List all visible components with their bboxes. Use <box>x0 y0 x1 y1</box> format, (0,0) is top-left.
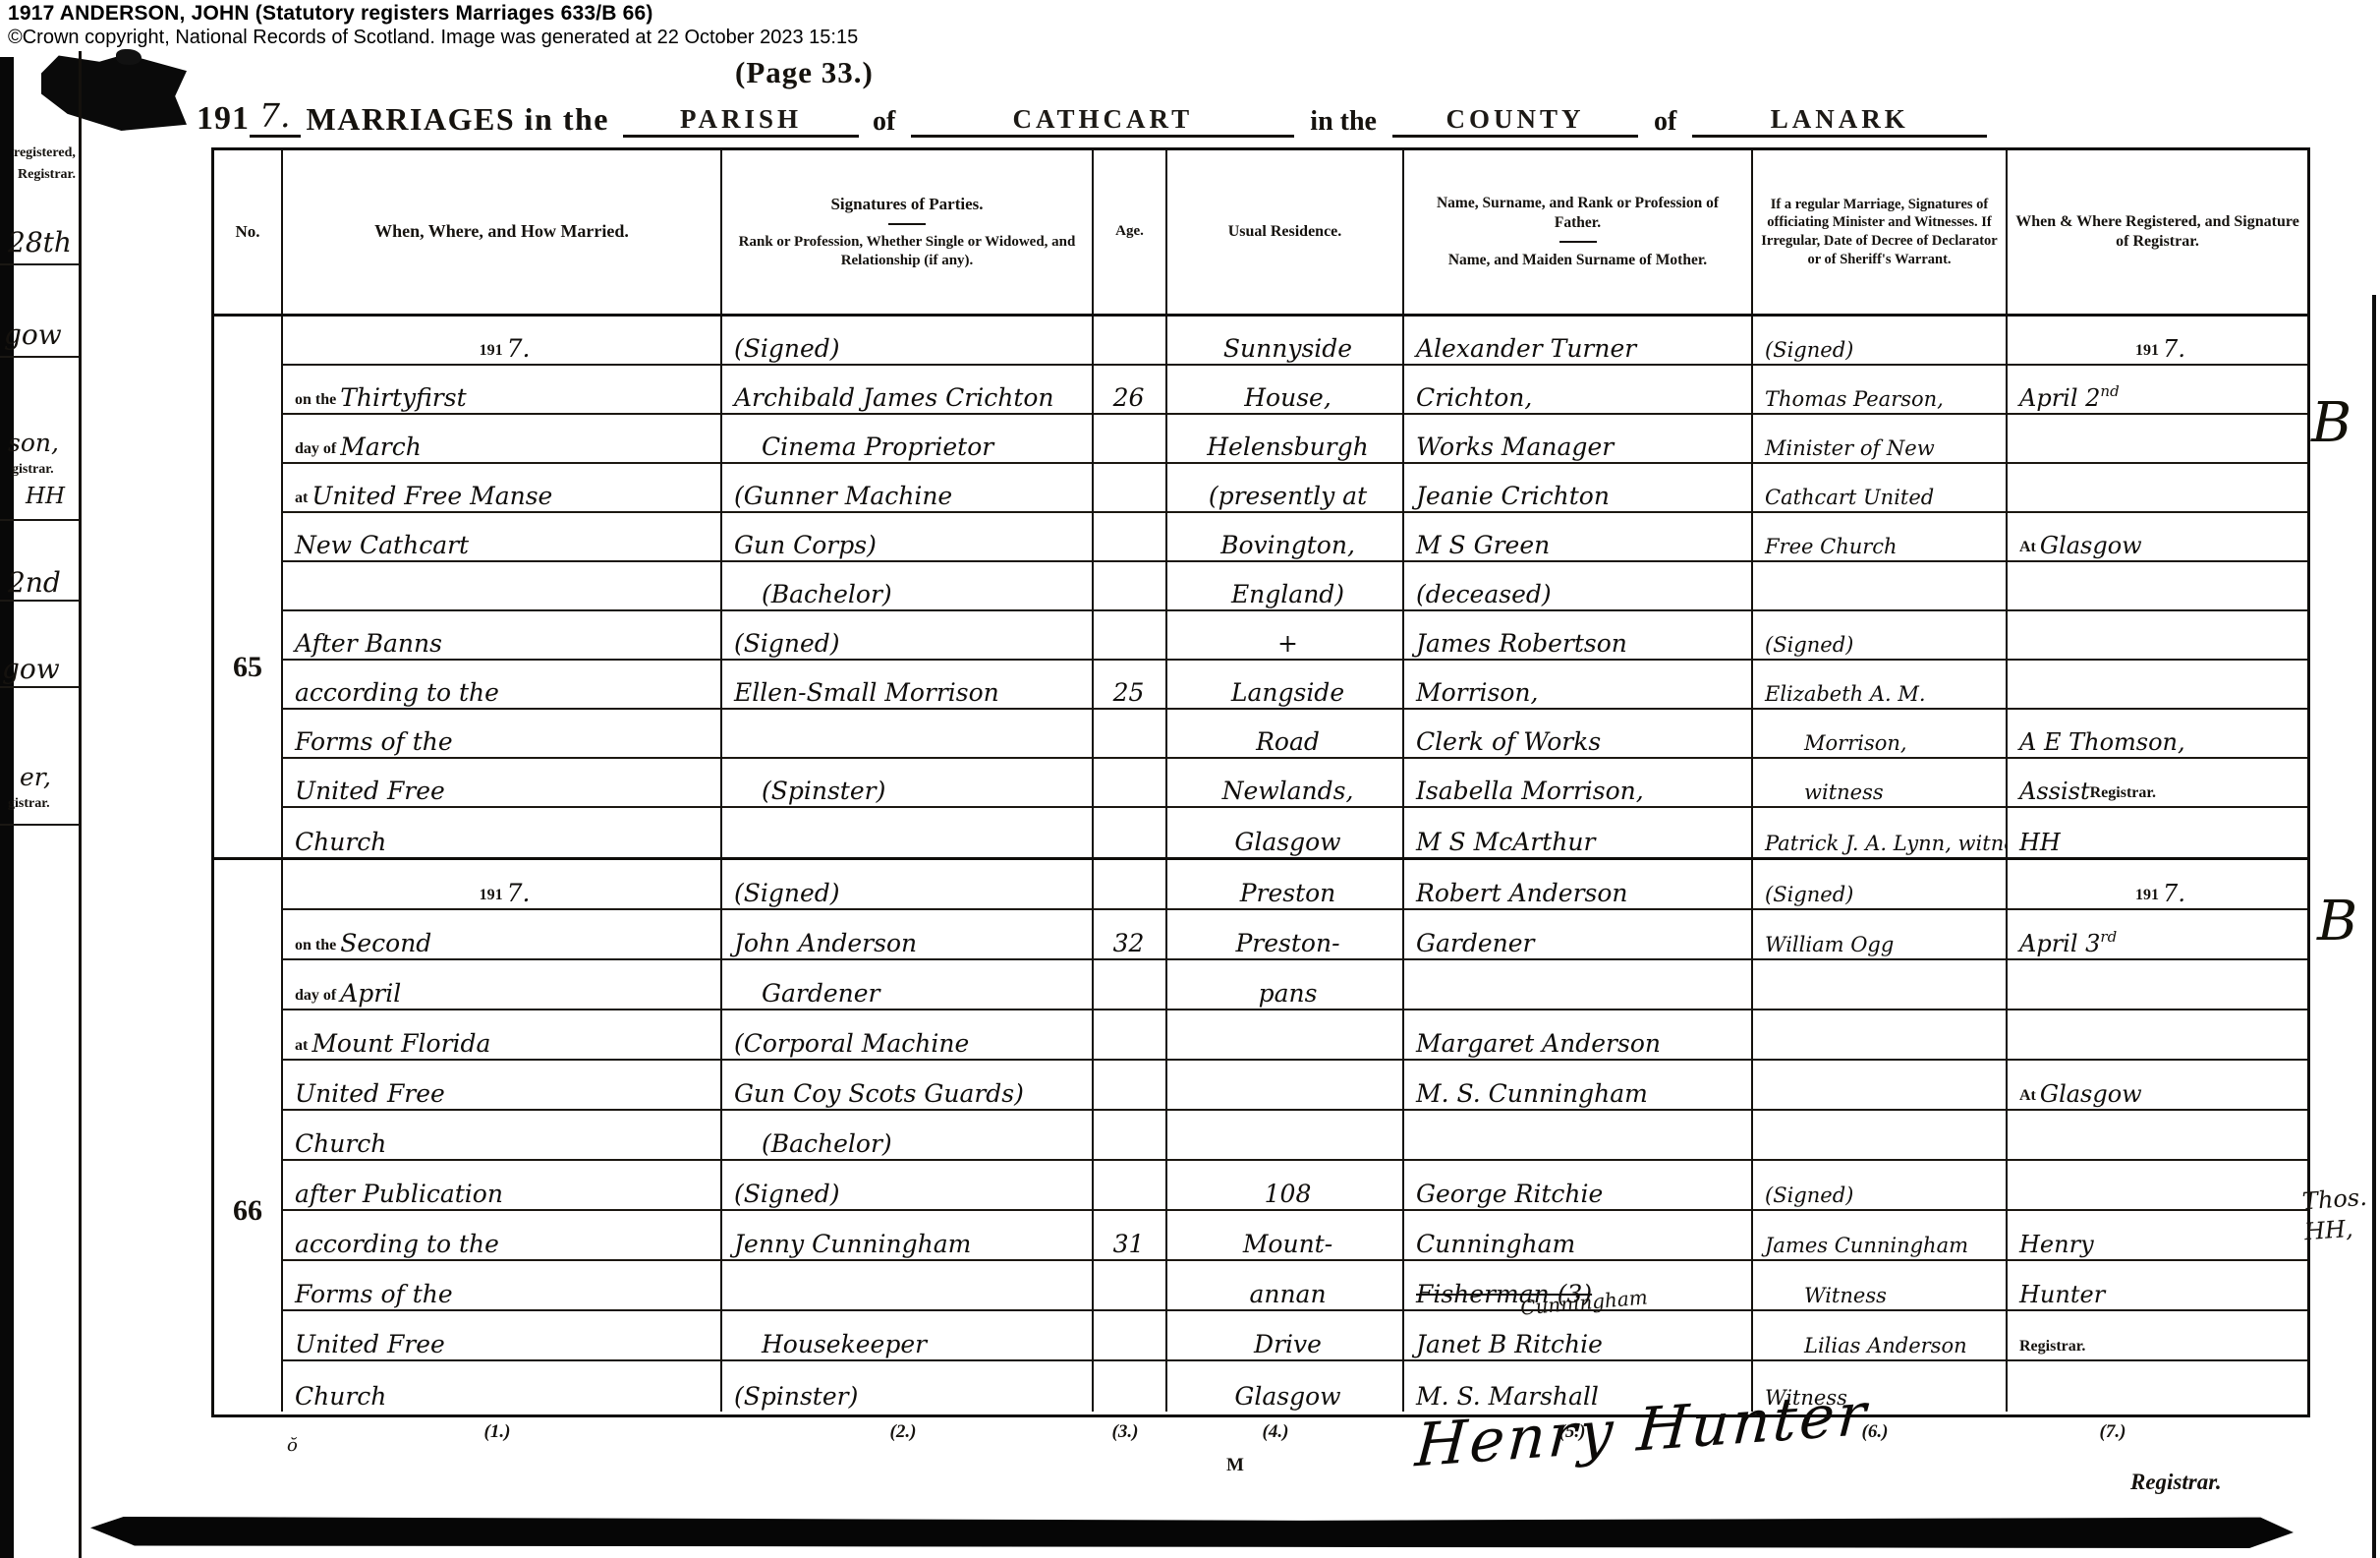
footer-m-mark: M <box>1226 1455 1244 1476</box>
col-header-rank: Rank or Profession, Whether Single or Wi… <box>730 233 1084 270</box>
entry-66-minister-cell: (Signed)William Ogg(Signed)James Cunning… <box>1751 860 2006 1412</box>
page-number: (Page 33.) <box>735 55 874 90</box>
strip-fragment: HH <box>26 484 65 509</box>
strip-fragment: 2nd <box>8 566 61 599</box>
entry-65-when-cell: 1917.on theThirtyfirstday ofMarchatUnite… <box>281 317 720 857</box>
margin-initial-b-66: B <box>2317 890 2357 953</box>
strip-rule <box>0 263 79 265</box>
entry-65-parents-cell: Alexander TurnerCrichton,Works ManagerJe… <box>1402 317 1751 857</box>
heading-title: MARRIAGES in the <box>307 101 609 138</box>
strip-fragment: gistrar. <box>12 462 54 478</box>
footer-col-number-7: (7.) <box>2100 1421 2126 1443</box>
footer-col-number-2: (2.) <box>890 1421 917 1443</box>
entry-number: 66 <box>233 1194 262 1228</box>
strip-rule <box>0 686 79 688</box>
margin-note-line2: HH, <box>2303 1213 2370 1248</box>
heading-in-the: in the <box>1310 106 1377 138</box>
entry-row-65: 65 1917.on theThirtyfirstday ofMarchatUn… <box>214 317 2307 860</box>
strip-fragment: 28th <box>8 226 72 259</box>
entry-65-no-cell: 65 <box>214 317 281 857</box>
heading-county-value: LANARK <box>1692 104 1987 138</box>
entry-66-signatures-cell: (Signed)John AndersonGardener(Corporal M… <box>720 860 1092 1412</box>
entry-66-residence-cell: PrestonPreston-pans108Mount-annanDriveGl… <box>1165 860 1402 1412</box>
register-heading: 191 7. MARRIAGES in the PARISH of CATHCA… <box>197 88 2172 138</box>
col-header-father: Name, Surname, and Rank or Profession of… <box>1412 194 1743 233</box>
margin-note-line1: Thos. <box>2301 1183 2368 1218</box>
registrar-label: Registrar. <box>2130 1470 2222 1495</box>
strip-fragment: gow <box>4 318 62 351</box>
header-divider <box>1559 241 1597 243</box>
strip-fragment: registered, <box>14 145 76 161</box>
strip-fragment: Registrar. <box>18 167 76 183</box>
strip-fragment: gistrar. <box>8 796 50 812</box>
scan-bottom-bar <box>90 1517 2294 1548</box>
footer-col-number-3: (3.) <box>1112 1421 1139 1443</box>
heading-of-2: of <box>1654 106 1676 138</box>
heading-parish-value: CATHCART <box>911 104 1294 138</box>
entry-65-residence-cell: SunnysideHouse,Helensburgh(presently atB… <box>1165 317 1402 857</box>
col-header-mother: Name, and Maiden Surname of Mother. <box>1448 251 1707 270</box>
heading-parish-label: PARISH <box>623 104 859 138</box>
strip-fragment: er, <box>20 763 51 791</box>
entry-65-age-cell: 2625 <box>1092 317 1165 857</box>
col-header-registered: When & Where Registered, and Signature o… <box>2015 212 2299 253</box>
col-header-signatures: Signatures of Parties. <box>830 194 983 215</box>
footer-col-number-4: (4.) <box>1263 1421 1289 1443</box>
col-header-minister: If a regular Marriage, Signatures of off… <box>1761 196 1998 268</box>
entry-66-no-cell: 66 <box>214 860 281 1412</box>
heading-of-1: of <box>873 106 895 138</box>
register-page: 1917 ANDERSON, JOHN (Statutory registers… <box>0 0 2380 1558</box>
entry-65-minister-cell: (Signed)Thomas Pearson,Minister of NewCa… <box>1751 317 2006 857</box>
entry-row-66: 66 1917.on theSecondday ofAprilatMount F… <box>214 860 2307 1412</box>
col-header-no: No. <box>235 221 259 243</box>
margin-initial-b-65: B <box>2311 391 2352 455</box>
previous-page-strip: registered, Registrar. 28th gow son, gis… <box>0 51 82 1558</box>
heading-county-label: COUNTY <box>1392 104 1638 138</box>
viewer-title: 1917 ANDERSON, JOHN (Statutory registers… <box>8 2 653 26</box>
strip-rule <box>0 824 79 826</box>
register-table: No. When, Where, and How Married. Signat… <box>211 147 2310 1417</box>
margin-note: Thos. HH, <box>2301 1183 2370 1248</box>
scan-right-edge-line <box>2372 295 2376 1558</box>
strip-rule <box>0 600 79 602</box>
strip-fragment: gow <box>2 653 60 685</box>
header-divider <box>888 223 926 225</box>
entry-66-registered-cell: 1917.April 3rdAtGlasgowHenryHunterRegist… <box>2006 860 2307 1412</box>
heading-year-handwritten: 7. <box>250 96 301 138</box>
entry-66-when-cell: 1917.on theSecondday ofAprilatMount Flor… <box>281 860 720 1412</box>
strip-fragment: son, <box>8 429 59 457</box>
strip-rule <box>0 356 79 358</box>
viewer-copyright: ©Crown copyright, National Records of Sc… <box>8 27 858 49</box>
footer-no-col-mark: ŏ <box>287 1435 298 1456</box>
scan-ink-blotch-small <box>116 49 142 65</box>
strip-rule <box>0 519 79 521</box>
entry-number: 65 <box>233 651 262 684</box>
entry-66-age-cell: 3231 <box>1092 860 1165 1412</box>
col-header-when: When, Where, and How Married. <box>374 220 629 243</box>
viewer-header: 1917 ANDERSON, JOHN (Statutory registers… <box>0 0 2380 51</box>
col-header-residence: Usual Residence. <box>1228 222 1342 242</box>
heading-year-printed: 191 <box>197 100 250 138</box>
footer-col-number-1: (1.) <box>484 1421 511 1443</box>
entry-66-parents-cell: Cunningham Robert AndersonGardenerMargar… <box>1402 860 1751 1412</box>
entry-65-registered-cell: 1917.April 2ndAtGlasgowA E Thomson,Assis… <box>2006 317 2307 857</box>
entry-65-signatures-cell: (Signed)Archibald James CrichtonCinema P… <box>720 317 1092 857</box>
col-header-age: Age. <box>1115 222 1144 241</box>
table-header-row: No. When, Where, and How Married. Signat… <box>214 150 2307 317</box>
